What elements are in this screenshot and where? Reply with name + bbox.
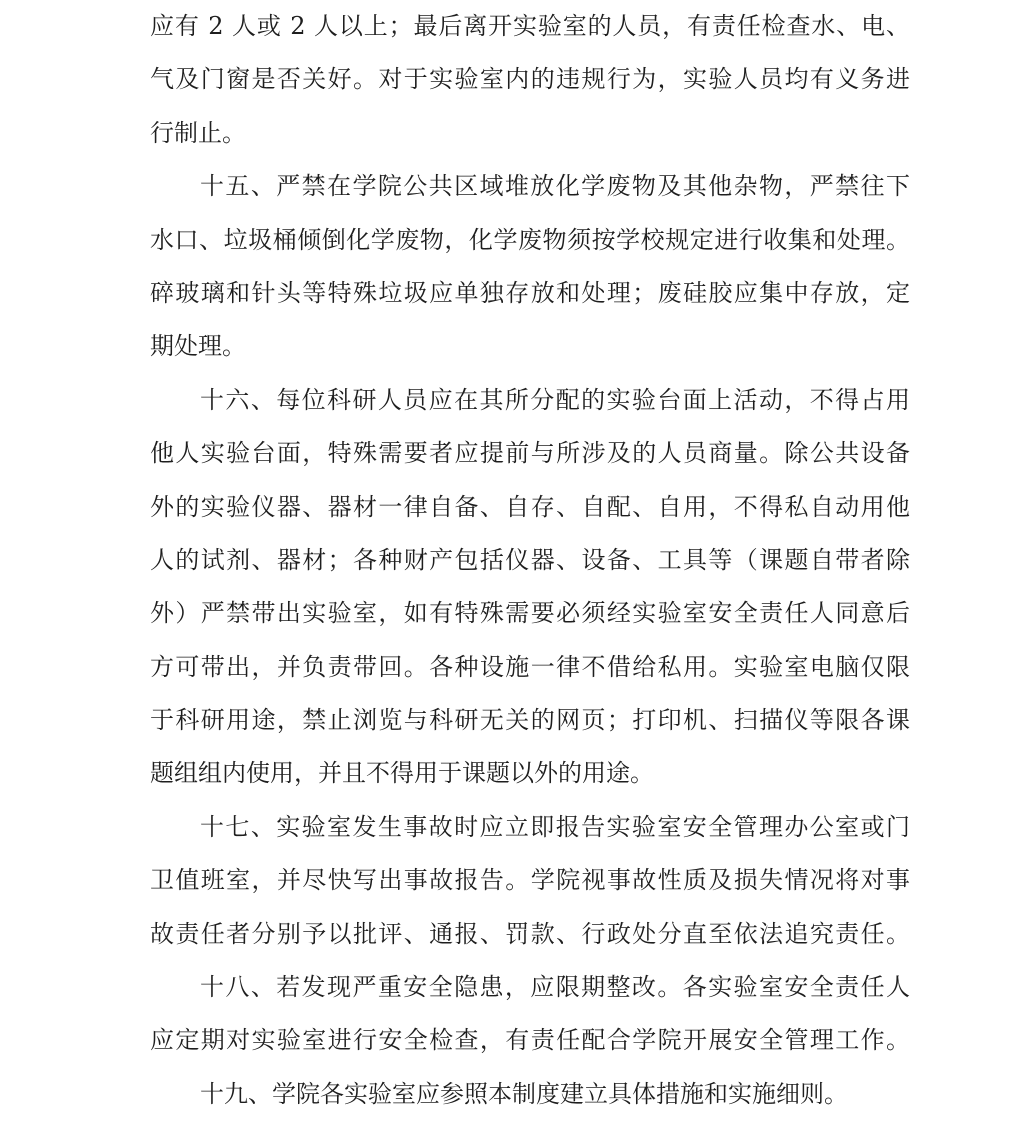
text-line: 应有 2 人或 2 人以上；最后离开实验室的人员，有责任检查水、电、: [150, 0, 910, 53]
text-line: 十五、严禁在学院公共区域堆放化学废物及其他杂物，严禁往下: [150, 160, 910, 213]
text-line: 卫值班室，并尽快写出事故报告。学院视事故性质及损失情况将对事: [150, 854, 910, 907]
text-line: 应定期对实验室进行安全检查，有责任配合学院开展安全管理工作。: [150, 1014, 910, 1067]
text-line: 他人实验台面，特殊需要者应提前与所涉及的人员商量。除公共设备: [150, 427, 910, 480]
text-line: 外）严禁带出实验室，如有特殊需要必须经实验室安全责任人同意后: [150, 587, 910, 640]
text-line: 外的实验仪器、器材一律自备、自存、自配、自用，不得私自动用他: [150, 481, 910, 534]
document-page: 应有 2 人或 2 人以上；最后离开实验室的人员，有责任检查水、电、气及门窗是否…: [0, 0, 1024, 1122]
text-line: 气及门窗是否关好。对于实验室内的违规行为，实验人员均有义务进: [150, 53, 910, 106]
text-line: 十六、每位科研人员应在其所分配的实验台面上活动，不得占用: [150, 374, 910, 427]
text-line: 碎玻璃和针头等特殊垃圾应单独存放和处理；废硅胶应集中存放，定: [150, 267, 910, 320]
text-line: 人的试剂、器材；各种财产包括仪器、设备、工具等（课题自带者除: [150, 534, 910, 587]
text-line: 期处理。: [150, 320, 910, 373]
text-line: 于科研用途，禁止浏览与科研无关的网页；打印机、扫描仪等限各课: [150, 694, 910, 747]
text-line: 十七、实验室发生事故时应立即报告实验室安全管理办公室或门: [150, 801, 910, 854]
document-text-block: 应有 2 人或 2 人以上；最后离开实验室的人员，有责任检查水、电、气及门窗是否…: [150, 0, 910, 1121]
text-line: 故责任者分别予以批评、通报、罚款、行政处分直至依法追究责任。: [150, 908, 910, 961]
text-line: 方可带出，并负责带回。各种设施一律不借给私用。实验室电脑仅限: [150, 641, 910, 694]
text-line: 行制止。: [150, 107, 910, 160]
text-line: 十八、若发现严重安全隐患，应限期整改。各实验室安全责任人: [150, 961, 910, 1014]
text-line: 十九、学院各实验室应参照本制度建立具体措施和实施细则。: [150, 1068, 910, 1121]
text-line: 题组组内使用，并且不得用于课题以外的用途。: [150, 747, 910, 800]
text-line: 水口、垃圾桶倾倒化学废物，化学废物须按学校规定进行收集和处理。: [150, 214, 910, 267]
